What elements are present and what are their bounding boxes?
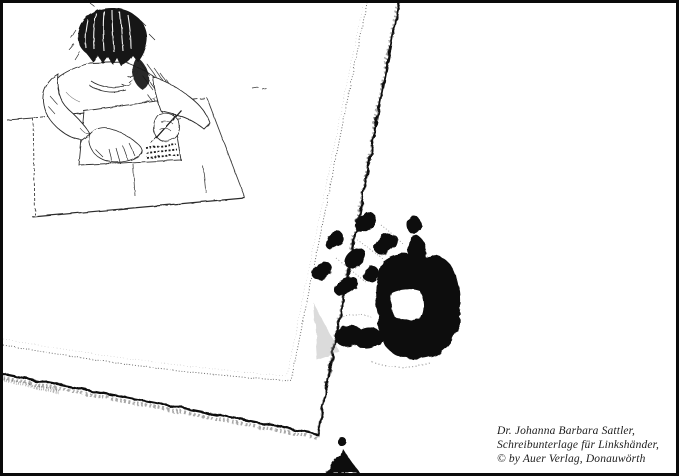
credit-text: Dr. Johanna Barbara Sattler, Schreibunte…	[497, 424, 659, 466]
fingerprint	[321, 228, 347, 253]
desk-leg	[203, 166, 206, 193]
desk-front-edge	[32, 198, 245, 217]
fingerprint	[341, 244, 370, 272]
spinning-top-mark	[325, 437, 359, 472]
mark-triangle	[325, 449, 359, 472]
outer-sheet-edge	[3, 3, 399, 434]
desk-back-edge-left	[7, 118, 33, 120]
fingerprint	[331, 273, 361, 299]
desk-right-edge	[207, 98, 245, 198]
credit-line-author: Dr. Johanna Barbara Sattler,	[497, 424, 659, 438]
fingerprint	[405, 215, 422, 236]
desk-leg	[133, 164, 135, 196]
credit-line-title: Schreibunterlage für Linkshänder,	[497, 438, 659, 452]
palm-white-gap	[390, 289, 423, 320]
scanned-illustration-page: Dr. Johanna Barbara Sattler, Schreibunte…	[0, 0, 679, 476]
fingerprint	[308, 259, 335, 284]
desk-left-edge	[33, 118, 35, 215]
palm-smudge	[372, 362, 430, 367]
credit-line-publisher: © by Auer Verlag, Donauwörth	[497, 452, 659, 466]
mark-dot	[338, 437, 347, 446]
writing-pad-edges	[3, 3, 399, 438]
outer-sheet-edge-fuzz	[3, 7, 397, 438]
stray-marks	[252, 87, 266, 89]
illustration-left-handed-writing	[3, 3, 676, 473]
inner-sheet-edge-faint	[3, 5, 363, 376]
inner-sheet-edge	[3, 3, 367, 381]
